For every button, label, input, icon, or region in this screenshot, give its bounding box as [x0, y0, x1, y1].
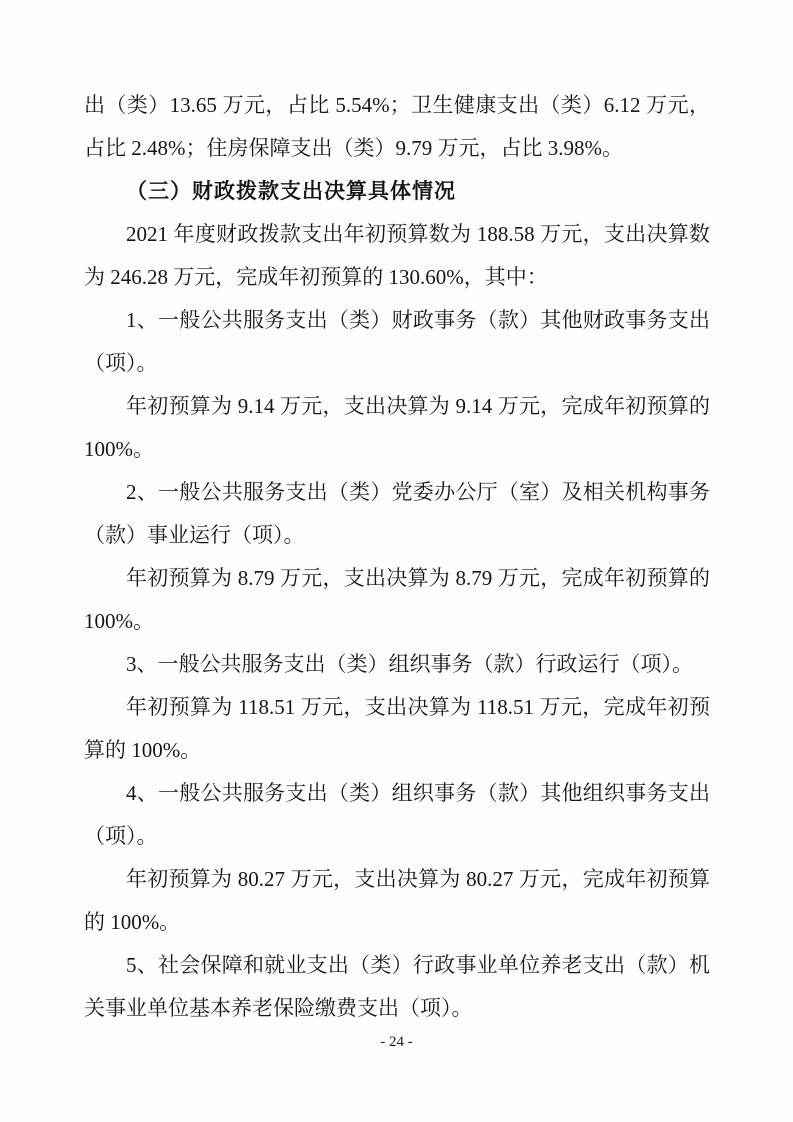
paragraph-summary: 2021 年度财政拨款支出年初预算数为 188.58 万元，支出决算数为 246… — [84, 213, 710, 299]
paragraph-continuation: 出（类）13.65 万元，占比 5.54%；卫生健康支出（类）6.12 万元，占… — [84, 84, 710, 170]
paragraph-item-2-detail: 年初预算为 8.79 万元，支出决算为 8.79 万元，完成年初预算的 100%… — [84, 557, 710, 643]
paragraph-item-4: 4、一般公共服务支出（类）组织事务（款）其他组织事务支出（项）。 — [84, 772, 710, 858]
page-number: - 24 - — [380, 1034, 413, 1050]
section-heading: （三）财政拨款支出决算具体情况 — [84, 170, 710, 213]
paragraph-item-3-detail: 年初预算为 118.51 万元，支出决算为 118.51 万元，完成年初预算的 … — [84, 686, 710, 772]
paragraph-item-5: 5、社会保障和就业支出（类）行政事业单位养老支出（款）机关事业单位基本养老保险缴… — [84, 944, 710, 1030]
paragraph-item-2: 2、一般公共服务支出（类）党委办公厅（室）及相关机构事务（款）事业运行（项）。 — [84, 471, 710, 557]
paragraph-item-1-detail: 年初预算为 9.14 万元，支出决算为 9.14 万元，完成年初预算的 100%… — [84, 385, 710, 471]
document-body: 出（类）13.65 万元，占比 5.54%；卫生健康支出（类）6.12 万元，占… — [84, 84, 710, 1030]
paragraph-item-4-detail: 年初预算为 80.27 万元，支出决算为 80.27 万元，完成年初预算的 10… — [84, 858, 710, 944]
paragraph-item-1: 1、一般公共服务支出（类）财政事务（款）其他财政事务支出（项）。 — [84, 299, 710, 385]
document-page: 出（类）13.65 万元，占比 5.54%；卫生健康支出（类）6.12 万元，占… — [0, 0, 793, 1122]
page-footer: - 24 - — [0, 1034, 793, 1051]
paragraph-item-3: 3、一般公共服务支出（类）组织事务（款）行政运行（项）。 — [84, 643, 710, 686]
